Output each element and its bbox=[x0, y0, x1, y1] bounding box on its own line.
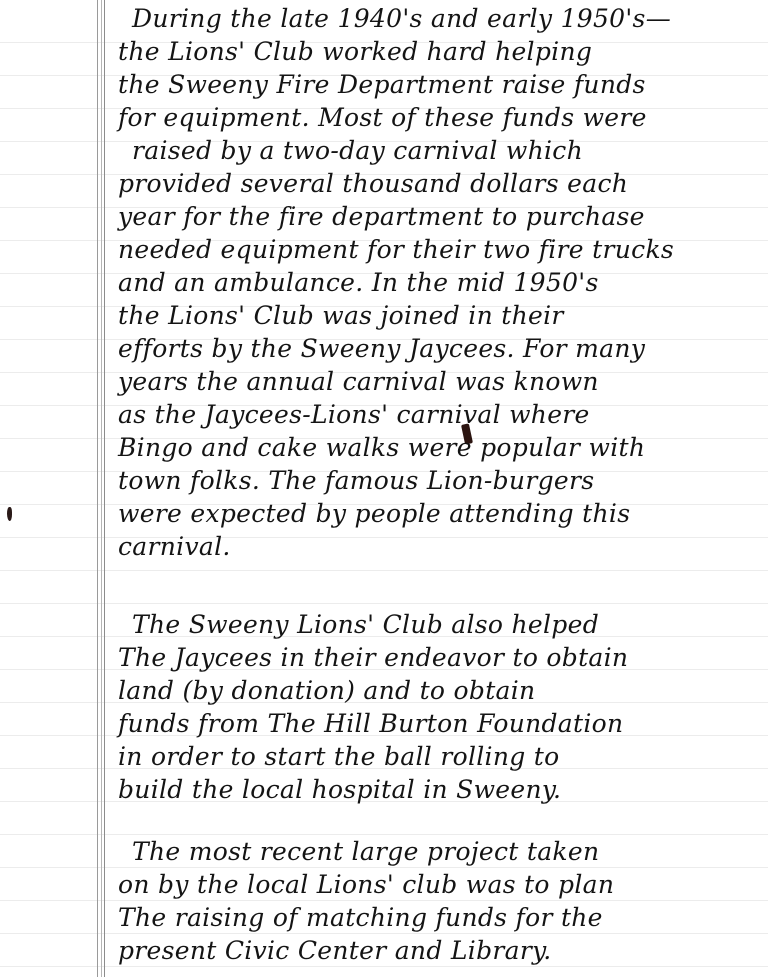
text-line: the Lions' Club worked hard helping bbox=[110, 35, 760, 68]
text-line: land (by donation) and to obtain bbox=[110, 674, 760, 707]
text-line: provided several thousand dollars each bbox=[110, 167, 760, 200]
text-line: Bingo and cake walks were popular with bbox=[110, 431, 760, 464]
text-line: and an ambulance. In the mid 1950's bbox=[110, 266, 760, 299]
text-line: were expected by people attending this bbox=[110, 497, 760, 530]
text-line: carnival. bbox=[110, 530, 760, 563]
text-line: build the local hospital in Sweeny. bbox=[110, 773, 760, 806]
paragraph-3: The most recent large project taken on b… bbox=[110, 835, 760, 967]
text-line: town folks. The famous Lion-burgers bbox=[110, 464, 760, 497]
text-line: During the late 1940's and early 1950's— bbox=[110, 2, 760, 35]
ink-spot-mark bbox=[7, 507, 12, 521]
text-line: on by the local Lions' club was to plan bbox=[110, 868, 760, 901]
text-line: in order to start the ball rolling to bbox=[110, 740, 760, 773]
handwritten-page: During the late 1940's and early 1950's—… bbox=[0, 0, 768, 977]
text-line: present Civic Center and Library. bbox=[110, 934, 760, 967]
text-line: years the annual carnival was known bbox=[110, 365, 760, 398]
text-line: The Jaycees in their endeavor to obtain bbox=[110, 641, 760, 674]
margin-rule bbox=[97, 0, 98, 977]
text-line: needed equipment for their two fire truc… bbox=[110, 233, 760, 266]
text-line: The raising of matching funds for the bbox=[110, 901, 760, 934]
text-line: as the Jaycees-Lions' carnival where bbox=[110, 398, 760, 431]
text-line: efforts by the Sweeny Jaycees. For many bbox=[110, 332, 760, 365]
text-line: for equipment. Most of these funds were bbox=[110, 101, 760, 134]
text-line: funds from The Hill Burton Foundation bbox=[110, 707, 760, 740]
paragraph-2: The Sweeny Lions' Club also helped The J… bbox=[110, 608, 760, 806]
margin-rule bbox=[104, 0, 105, 977]
text-line: the Sweeny Fire Department raise funds bbox=[110, 68, 760, 101]
text-line: the Lions' Club was joined in their bbox=[110, 299, 760, 332]
margin-rule bbox=[101, 0, 102, 977]
text-line: The most recent large project taken bbox=[110, 835, 760, 868]
paragraph-1: During the late 1940's and early 1950's—… bbox=[110, 2, 760, 563]
text-line: year for the fire department to purchase bbox=[110, 200, 760, 233]
text-line: raised by a two-day carnival which bbox=[110, 134, 760, 167]
text-line: The Sweeny Lions' Club also helped bbox=[110, 608, 760, 641]
